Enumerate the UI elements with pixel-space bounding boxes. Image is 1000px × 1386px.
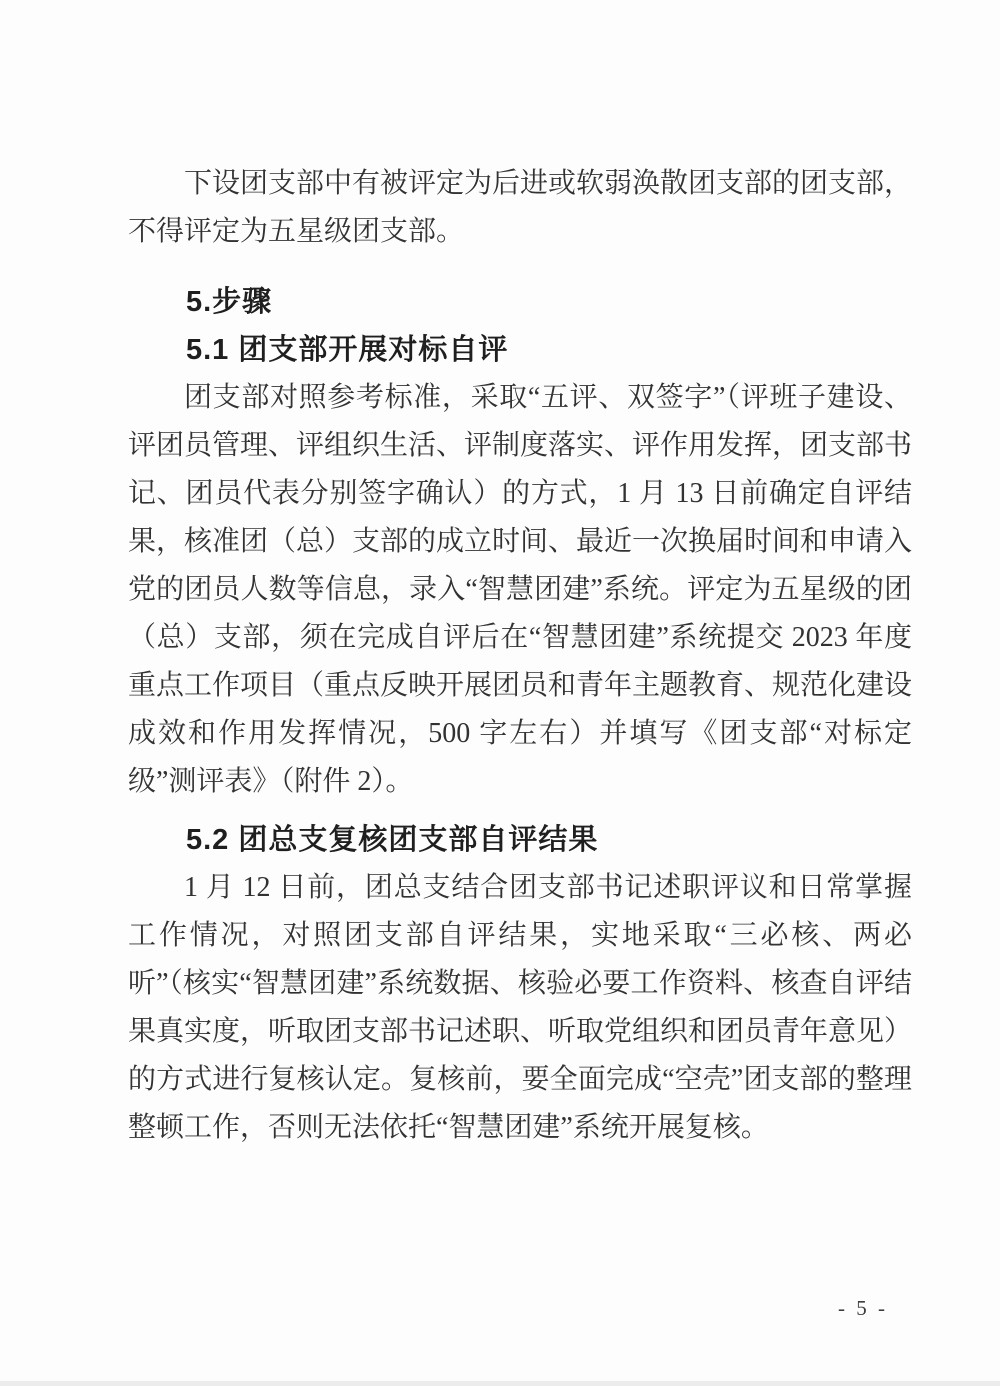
document-sheet: 下设团支部中有被评定为后进或软弱涣散团支部的团支部，不得评定为五星级团支部。 5… — [0, 0, 1000, 1386]
document-body: 下设团支部中有被评定为后进或软弱涣散团支部的团支部，不得评定为五星级团支部。 5… — [128, 160, 912, 1152]
scan-edge-line — [0, 1381, 1000, 1386]
page-number: - 5 - — [0, 1296, 1000, 1321]
paragraph-5-1: 团支部对照参考标准，采取“五评、双签字”（评班子建设、评团员管理、评组织生活、评… — [128, 374, 912, 806]
paragraph-intro: 下设团支部中有被评定为后进或软弱涣散团支部的团支部，不得评定为五星级团支部。 — [128, 160, 912, 256]
paragraph-5-2: 1 月 12 日前，团总支结合团支部书记述职评议和日常掌握工作情况，对照团支部自… — [128, 864, 912, 1152]
subsection-heading-5-1: 5.1 团支部开展对标自评 — [186, 326, 912, 374]
subsection-heading-5-2: 5.2 团总支复核团支部自评结果 — [186, 816, 912, 864]
section-heading-steps: 5.步骤 — [186, 278, 912, 326]
